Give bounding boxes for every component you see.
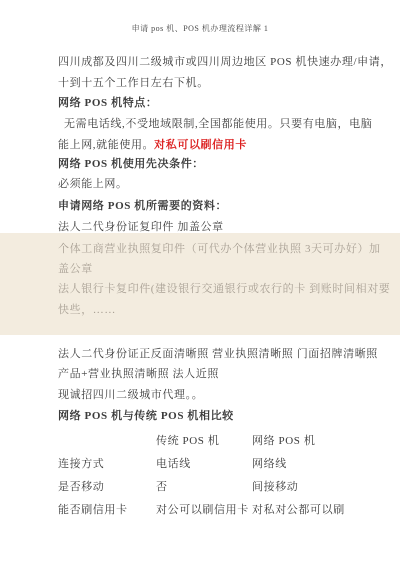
comparison-heading: 网络 POS 机与传统 POS 机相比较 — [58, 409, 234, 423]
features-line-2-text: 能上网,就能使用。 — [58, 139, 154, 151]
table-row-label: 是否移动 — [58, 478, 104, 494]
agent-recruit-line: 现诚招四川二级城市代理。。 — [58, 388, 203, 402]
red-highlight-text: 对私可以刷信用卡 — [154, 139, 247, 151]
table-row-label: 能否刷信用卡 — [58, 501, 128, 517]
prerequisite-line-1: 必须能上网。 — [58, 177, 128, 191]
table-header-traditional: 传统 POS 机 — [156, 432, 219, 448]
table-cell-traditional: 对公可以刷信用卡 — [156, 501, 249, 517]
intro-line-2: 十到十五个工作日左右下机。 — [58, 76, 209, 90]
materials-item-1: 法人二代身份证复印件 加盖公章 — [58, 220, 224, 234]
features-line-2: 能上网,就能使用。对私可以刷信用卡 — [58, 138, 247, 152]
table-cell-traditional: 否 — [156, 478, 168, 494]
table-cell-network: 对私对公都可以刷 — [252, 501, 345, 517]
table-cell-network: 间接移动 — [252, 478, 298, 494]
document-page: 申请 pos 机、POS 机办理流程详解 1 四川成都及四川二级城市或四川周边地… — [0, 0, 400, 565]
features-line-1: 无需电话线,不受地域限制,全国都能使用。只要有电脑，电脑 — [64, 117, 372, 131]
materials-faded-line-1: 个体工商营业执照复印件（可代办个体营业执照 3天可办好）加 — [58, 242, 381, 256]
doc-title: 申请 pos 机、POS 机办理流程详解 1 — [0, 23, 400, 34]
materials-faded-line-4: 快些，…… — [58, 303, 116, 317]
materials-faded-line-3: 法人银行卡复印件(建设银行交通银行或农行的卡 到账时间相对要 — [58, 282, 390, 296]
table-header-network: 网络 POS 机 — [252, 432, 315, 448]
features-heading: 网络 POS 机特点： — [58, 96, 158, 110]
photos-line-1: 法人二代身份证正反面清晰照 营业执照清晰照 门面招牌清晰照 — [58, 347, 378, 361]
materials-heading: 申请网络 POS 机所需要的资料： — [58, 199, 227, 213]
table-cell-network: 网络线 — [252, 455, 287, 471]
table-cell-traditional: 电话线 — [156, 455, 191, 471]
table-row-label: 连接方式 — [58, 455, 104, 471]
materials-faded-line-2: 盖公章 — [58, 262, 93, 276]
intro-line-1: 四川成都及四川二级城市或四川周边地区 POS 机快速办理/申请， — [58, 55, 392, 69]
photos-line-2: 产品+营业执照清晰照 法人近照 — [58, 367, 219, 381]
prerequisite-heading: 网络 POS 机使用先决条件： — [58, 157, 204, 171]
